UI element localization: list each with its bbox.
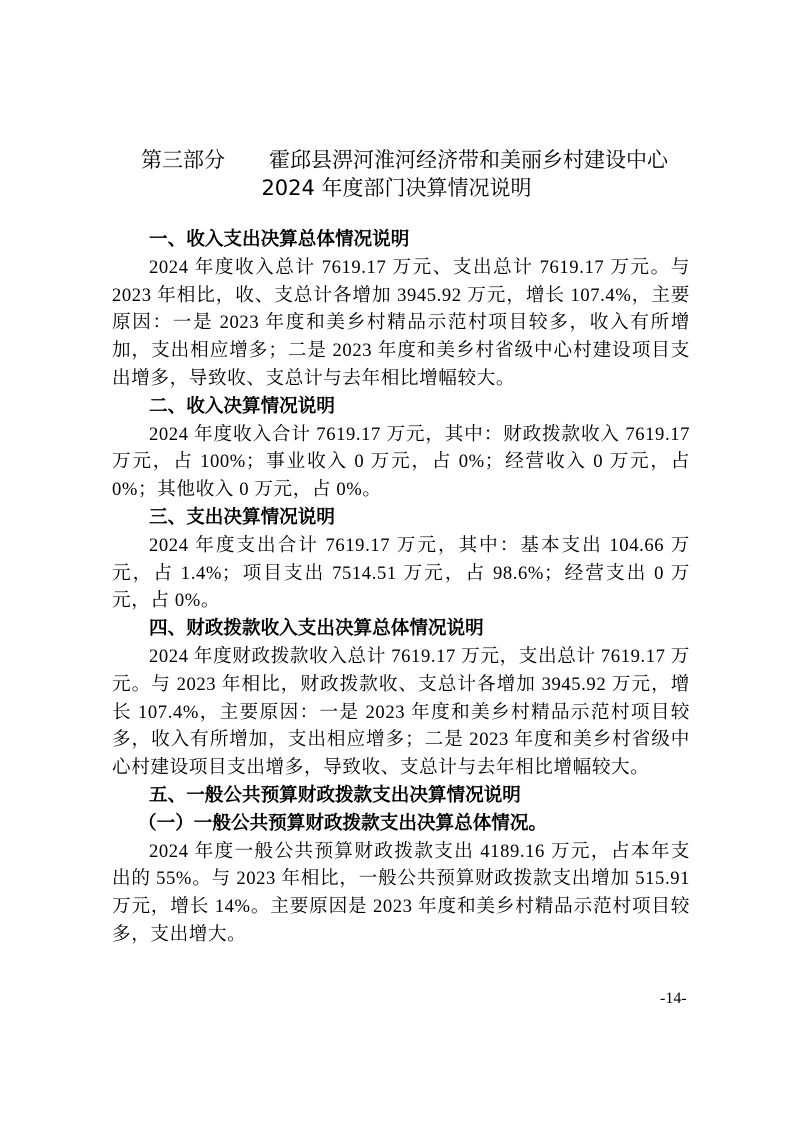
section-1-heading: 一、收入支出决算总体情况说明 [112, 226, 690, 254]
section-1-paragraph: 2024 年度收入总计 7619.17 万元、支出总计 7619.17 万元。与… [112, 254, 690, 393]
organization-name: 霍邱县淠河淮河经济带和美丽乡村建设中心 [269, 148, 668, 172]
page-number: -14- [660, 990, 687, 1008]
section-5-subheading: （一）一般公共预算财政拨款支出决算总体情况。 [112, 810, 690, 838]
part-label: 第三部分 [141, 148, 225, 172]
section-5-heading: 五、一般公共预算财政拨款支出决算情况说明 [112, 782, 690, 810]
section-3-heading: 三、支出决算情况说明 [112, 504, 690, 532]
section-4-heading: 四、财政拨款收入支出决算总体情况说明 [112, 615, 690, 643]
section-2-paragraph: 2024 年度收入合计 7619.17 万元，其中：财政拨款收入 7619.17… [112, 421, 690, 504]
section-4-paragraph: 2024 年度财政拨款收入总计 7619.17 万元，支出总计 7619.17 … [112, 643, 690, 782]
title-line-1: 第三部分霍邱县淠河淮河经济带和美丽乡村建设中心 [8, 146, 793, 174]
section-2-heading: 二、收入决算情况说明 [112, 393, 690, 421]
document-subtitle: 2024 年度部门决算情况说明 [0, 174, 793, 202]
document-body: 一、收入支出决算总体情况说明 2024 年度收入总计 7619.17 万元、支出… [112, 226, 690, 949]
section-5-paragraph: 2024 年度一般公共预算财政拨款支出 4189.16 万元，占本年支出的 55… [112, 838, 690, 949]
section-3-paragraph: 2024 年度支出合计 7619.17 万元，其中：基本支出 104.66 万元… [112, 532, 690, 615]
document-page: 第三部分霍邱县淠河淮河经济带和美丽乡村建设中心 2024 年度部门决算情况说明 … [0, 0, 793, 1122]
